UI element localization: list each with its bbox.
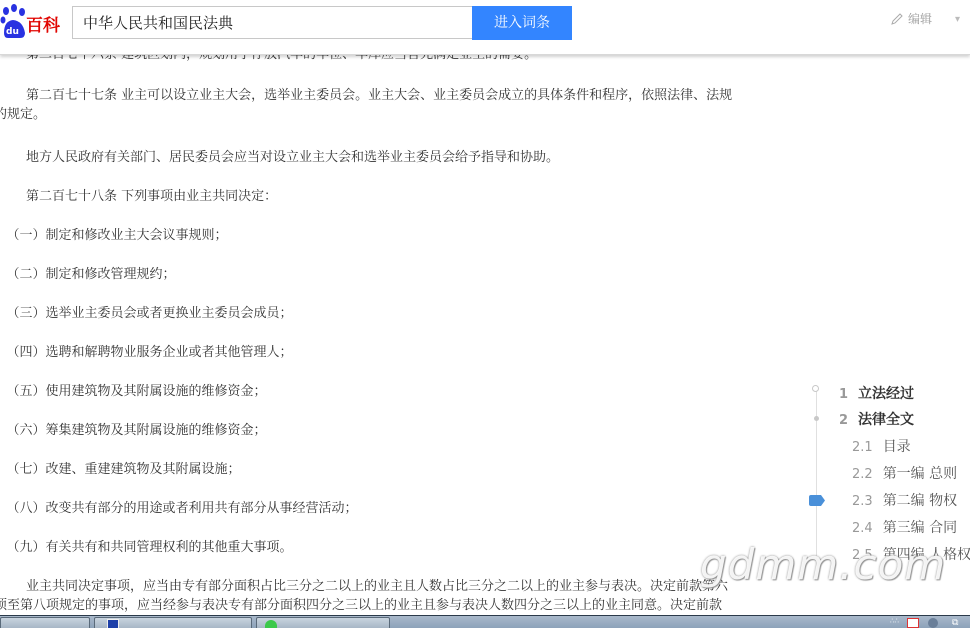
search-box [72, 6, 472, 39]
toc-start-dot [812, 385, 819, 392]
taskbar-button[interactable] [256, 617, 390, 628]
site-watermark: gdmm.com [700, 540, 946, 589]
toc-item-2-1[interactable]: 2.1目录 [852, 437, 911, 458]
toc-item-2[interactable]: 2法律全文 [839, 410, 914, 431]
article-content: 第二百七十六条 建筑区划内，规划用于停放汽车的车位、车库应当首先满足业主的需要。… [0, 40, 790, 615]
list-item: （四）选聘和解聘物业服务企业或者其他管理人； [0, 343, 790, 362]
tray-network-icon[interactable] [928, 618, 938, 628]
list-item: （三）选举业主委员会或者更换业主委员会成员； [0, 304, 790, 323]
pencil-icon [890, 12, 904, 26]
svg-text:du: du [6, 27, 19, 37]
toc-item-2-4[interactable]: 2.4第三编 合同 [852, 518, 957, 539]
wechat-icon [265, 620, 277, 628]
list-item: （五）使用建筑物及其附属设施的维修资金； [0, 382, 790, 401]
window-app-icon [107, 619, 119, 628]
enter-entry-button[interactable]: 进入词条 [472, 6, 572, 40]
article-paragraph: 业主共同决定事项，应当由专有部分面积占比三分之二以上的业主且人数占比三分之二以上… [0, 577, 790, 615]
list-item: （六）筹集建筑物及其附属设施的维修资金； [0, 421, 790, 440]
tray-grid-icon[interactable]: ∴∴ [890, 618, 899, 624]
tray-window-icon[interactable]: ⧉ [952, 618, 958, 628]
toc-item-1[interactable]: 1立法经过 [839, 384, 914, 405]
tray-app-icon[interactable] [907, 618, 919, 628]
edit-label: 编辑 [908, 10, 932, 28]
article-paragraph: 第二百七十七条 业主可以设立业主大会，选举业主委员会。业主大会、业主委员会成立的… [0, 86, 790, 124]
article-paragraph: 地方人民政府有关部门、居民委员会应当对设立业主大会和选举业主委员会给予指导和协助… [0, 148, 790, 167]
taskbar-button[interactable] [0, 617, 90, 628]
list-item: （一）制定和修改业主大会议事规则； [0, 226, 790, 245]
article-paragraph: 第二百七十八条 下列事项由业主共同决定： [0, 187, 790, 206]
list-item: （八）改变共有部分的用途或者利用共有部分从事经营活动； [0, 499, 790, 518]
baidu-paw-icon: du [0, 3, 26, 39]
search-input[interactable] [73, 7, 472, 38]
baike-logo[interactable]: du 百科 [0, 3, 66, 39]
list-item: （七）改建、重建建筑物及其附属设施； [0, 460, 790, 479]
os-taskbar: ∴∴ ⧉ [0, 615, 970, 628]
toc-section-dot [814, 416, 819, 421]
logo-text: 百科 [26, 16, 60, 36]
more-chevron-icon[interactable]: ▾ [955, 14, 960, 25]
edit-button[interactable]: 编辑 [890, 10, 932, 28]
top-header: du 百科 进入词条 编辑 ▾ [0, 0, 970, 55]
toc-item-2-3[interactable]: 2.3第二编 物权 [852, 491, 957, 512]
taskbar-button[interactable] [94, 617, 252, 628]
toc-item-2-2[interactable]: 2.2第一编 总则 [852, 464, 957, 485]
toc-current-marker-icon [809, 495, 825, 506]
list-item: （二）制定和修改管理规约； [0, 265, 790, 284]
list-item: （九）有关共有和共同管理权利的其他重大事项。 [0, 538, 790, 557]
